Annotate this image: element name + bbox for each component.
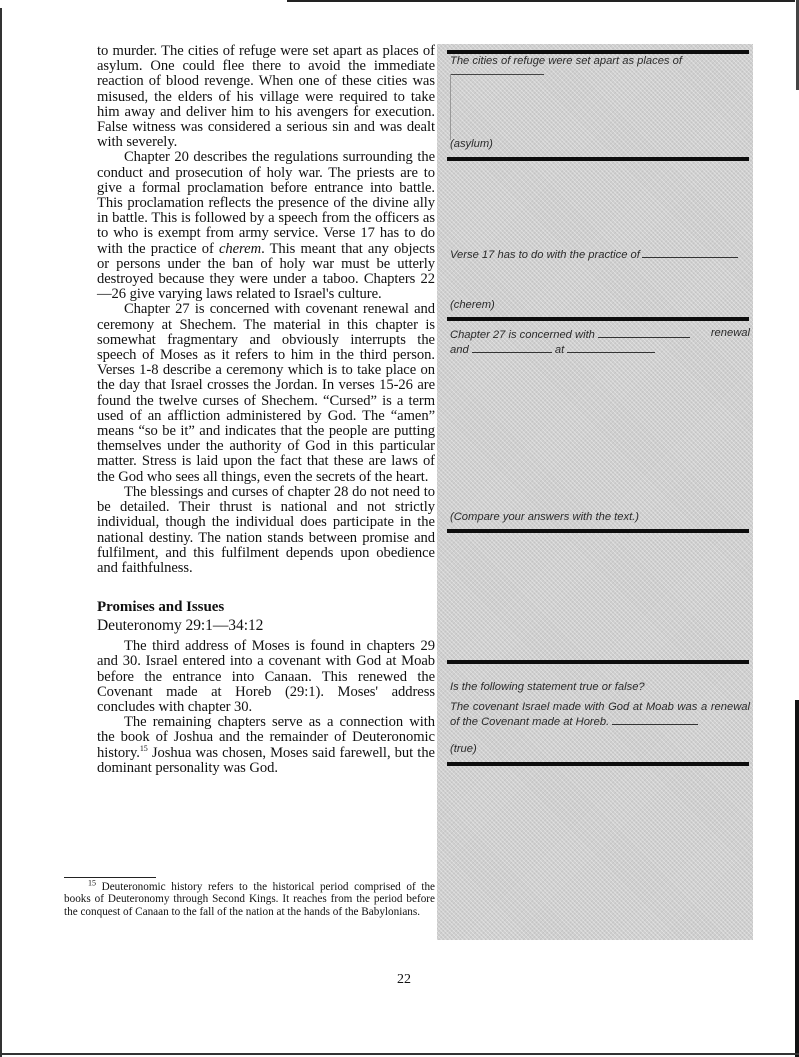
q1-answer-blank[interactable]	[450, 74, 544, 75]
divider-bar	[447, 762, 749, 766]
q4-statement: The covenant Israel made with God at Moa…	[450, 701, 750, 729]
paragraph-blessings-curses: The blessings and curses of chapter 28 d…	[97, 485, 435, 576]
paragraph-remaining-chapters: The remaining chapters serve as a connec…	[97, 715, 435, 776]
paragraph-third-address: The third address of Moses is found in c…	[97, 639, 435, 715]
q3-prompt: Chapter 27 is concerned with renewaland …	[450, 327, 750, 357]
q3-answer-blank-2[interactable]	[472, 342, 552, 353]
q1-prompt: The cities of refuge were set apart as p…	[450, 55, 750, 68]
footnote-marker: 15	[88, 878, 96, 887]
divider-bar	[447, 157, 749, 161]
scan-edge-top	[287, 0, 799, 2]
paragraph-covenant-renewal: Chapter 27 is concerned with covenant re…	[97, 302, 435, 484]
q2-answer: (cherem)	[450, 299, 750, 312]
q3-answer-blank-1[interactable]	[598, 327, 690, 338]
q1-answer: (asylum)	[450, 138, 750, 151]
footnote: 15 Deuteronomic history refers to the hi…	[64, 881, 435, 918]
scan-edge-bottom	[0, 1053, 799, 1055]
footnote-divider	[64, 877, 156, 878]
page-number: 22	[397, 972, 411, 988]
scan-edge-right	[795, 0, 799, 1057]
paragraph-cities-of-refuge: to murder. The cities of refuge were set…	[97, 44, 435, 150]
footnote-reference: 15	[140, 744, 148, 753]
q4-instruction: Is the following statement true or false…	[450, 681, 750, 694]
q1-margin-line	[450, 74, 451, 140]
q2-answer-blank[interactable]	[642, 247, 738, 258]
q3-answer-blank-3[interactable]	[567, 342, 655, 353]
divider-bar	[447, 317, 749, 321]
term-cherem: cherem	[219, 241, 261, 257]
q4-answer: (true)	[450, 743, 750, 756]
q2-prompt: Verse 17 has to do with the practice of	[450, 247, 750, 262]
main-text-column: to murder. The cities of refuge were set…	[97, 44, 435, 776]
divider-bar	[447, 660, 749, 664]
workbook-panel: The cities of refuge were set apart as p…	[437, 44, 753, 940]
section-subtitle: Deuteronomy 29:1—34:12	[97, 616, 435, 636]
q4-answer-blank[interactable]	[612, 714, 698, 725]
q3-answer: (Compare your answers with the text.)	[450, 511, 750, 524]
footnote-text: Deuteronomic history refers to the histo…	[64, 881, 435, 918]
paragraph-holy-war: Chapter 20 describes the regulations sur…	[97, 150, 435, 302]
divider-bar	[447, 50, 749, 54]
section-title: Promises and Issues	[97, 598, 435, 616]
scan-edge-left	[0, 8, 2, 1057]
divider-bar	[447, 529, 749, 533]
